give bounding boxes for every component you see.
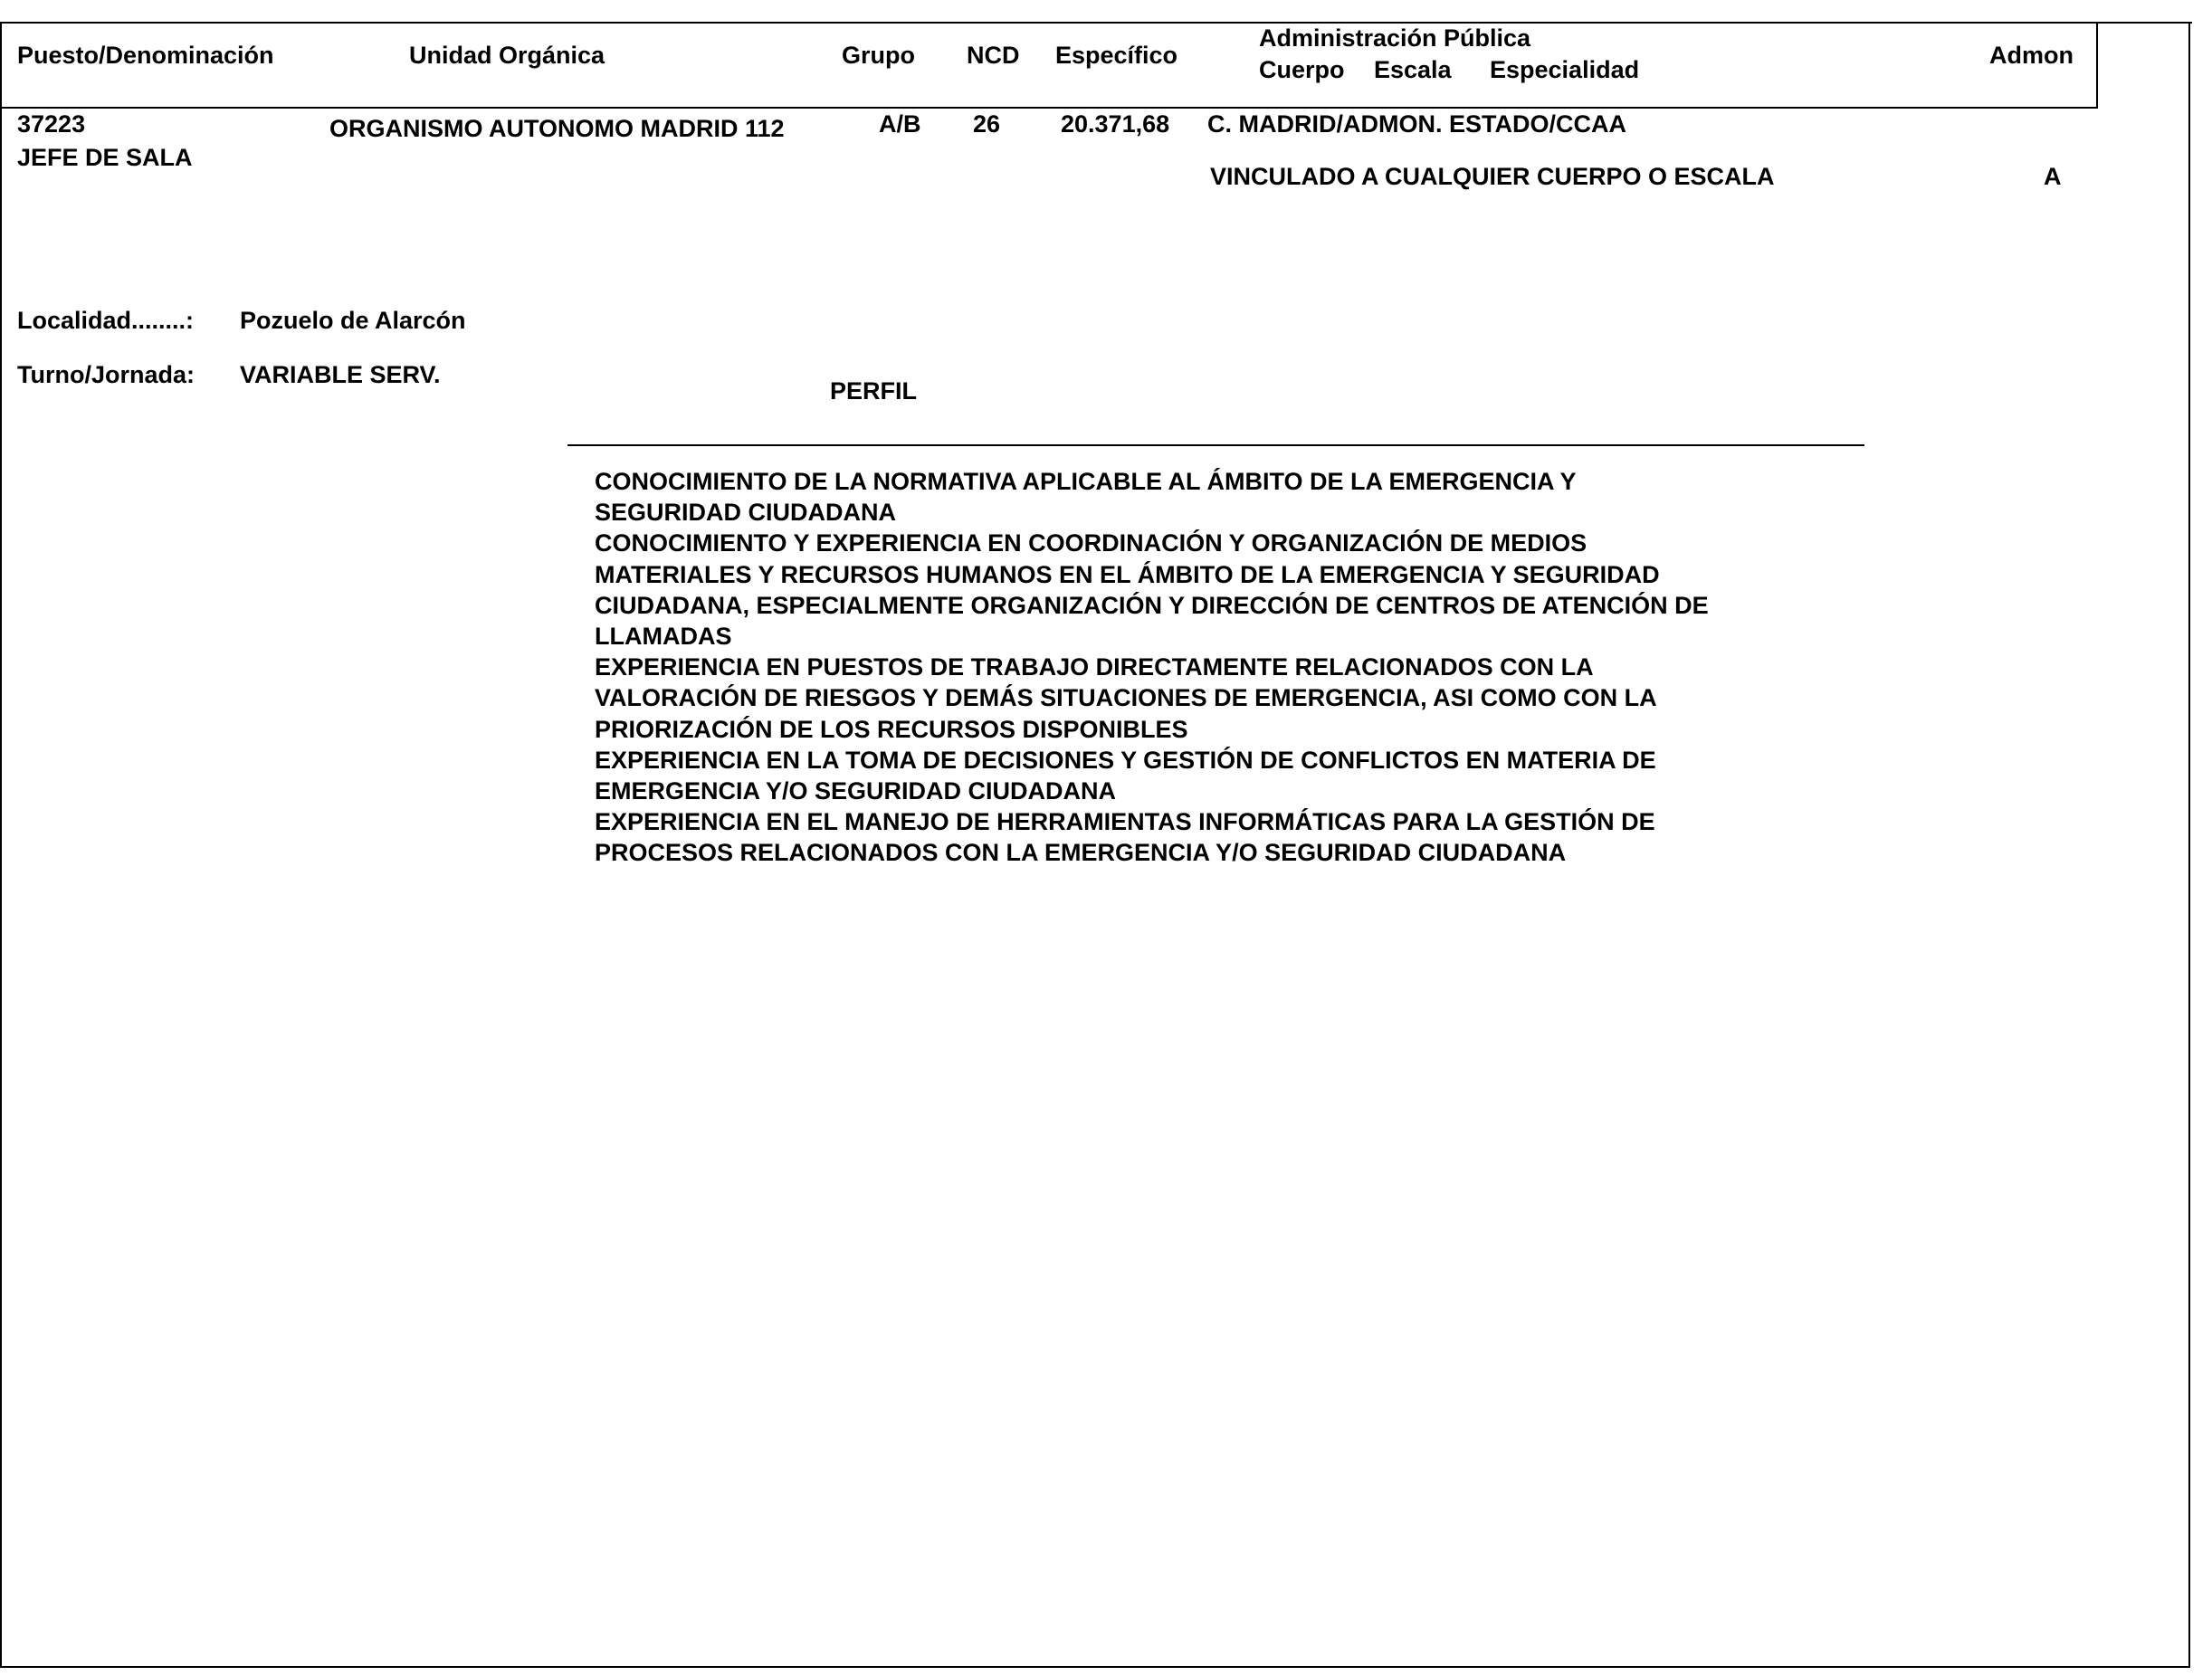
perfil-line: CONOCIMIENTO DE LA NORMATIVA APLICABLE A… — [595, 466, 1709, 497]
perfil-line: PRIORIZACIÓN DE LOS RECURSOS DISPONIBLES — [595, 714, 1709, 745]
perfil-line: CIUDADANA, ESPECIALMENTE ORGANIZACIÓN Y … — [595, 590, 1709, 621]
perfil-line: CONOCIMIENTO Y EXPERIENCIA EN COORDINACI… — [595, 528, 1709, 558]
localidad-label: Localidad........: — [17, 307, 194, 335]
perfil-line: SEGURIDAD CIUDADANA — [595, 497, 1709, 528]
turno-jornada-value: VARIABLE SERV. — [240, 361, 441, 389]
perfil-line: EXPERIENCIA EN LA TOMA DE DECISIONES Y G… — [595, 745, 1709, 776]
perfil-line: EXPERIENCIA EN EL MANEJO DE HERRAMIENTAS… — [595, 806, 1709, 837]
admon-value: A — [2044, 163, 2062, 191]
grupo-value: A/B — [879, 110, 921, 138]
perfil-line: PROCESOS RELACIONADOS CON LA EMERGENCIA … — [595, 837, 1709, 868]
table-header-box — [0, 22, 2098, 109]
header-escala: Escala — [1374, 56, 1452, 84]
perfil-line: EXPERIENCIA EN PUESTOS DE TRABAJO DIRECT… — [595, 652, 1709, 682]
perfil-line: LLAMADAS — [595, 621, 1709, 652]
puesto-code: 37223 — [17, 110, 85, 138]
header-unidad-organica: Unidad Orgánica — [409, 42, 605, 70]
cuerpo-escala-value: VINCULADO A CUALQUIER CUERPO O ESCALA — [1210, 163, 1775, 191]
perfil-title: PERFIL — [830, 377, 917, 405]
especifico-value: 20.371,68 — [1061, 110, 1169, 138]
administracion-publica-value: C. MADRID/ADMON. ESTADO/CCAA — [1207, 110, 1626, 138]
denominacion: JEFE DE SALA — [17, 144, 193, 172]
header-ncd: NCD — [967, 42, 1020, 70]
perfil-requirements: CONOCIMIENTO DE LA NORMATIVA APLICABLE A… — [595, 466, 1709, 869]
header-administracion-publica: Administración Pública — [1259, 24, 1530, 52]
header-puesto-denominacion: Puesto/Denominación — [17, 42, 274, 70]
turno-jornada-label: Turno/Jornada: — [17, 361, 195, 389]
header-cuerpo: Cuerpo — [1259, 56, 1345, 84]
perfil-line: EMERGENCIA Y/O SEGURIDAD CIUDADANA — [595, 776, 1709, 806]
header-especifico: Específico — [1055, 42, 1178, 70]
header-grupo: Grupo — [842, 42, 915, 70]
localidad-value: Pozuelo de Alarcón — [240, 307, 466, 335]
header-admon: Admon — [1989, 42, 2074, 70]
ncd-value: 26 — [973, 110, 1000, 138]
perfil-line: VALORACIÓN DE RIESGOS Y DEMÁS SITUACIONE… — [595, 682, 1709, 713]
perfil-divider — [567, 444, 1864, 446]
unidad-organica-value: ORGANISMO AUTONOMO MADRID 112 — [329, 115, 785, 143]
header-especialidad: Especialidad — [1490, 56, 1639, 84]
perfil-line: MATERIALES Y RECURSOS HUMANOS EN EL ÁMBI… — [595, 559, 1709, 590]
